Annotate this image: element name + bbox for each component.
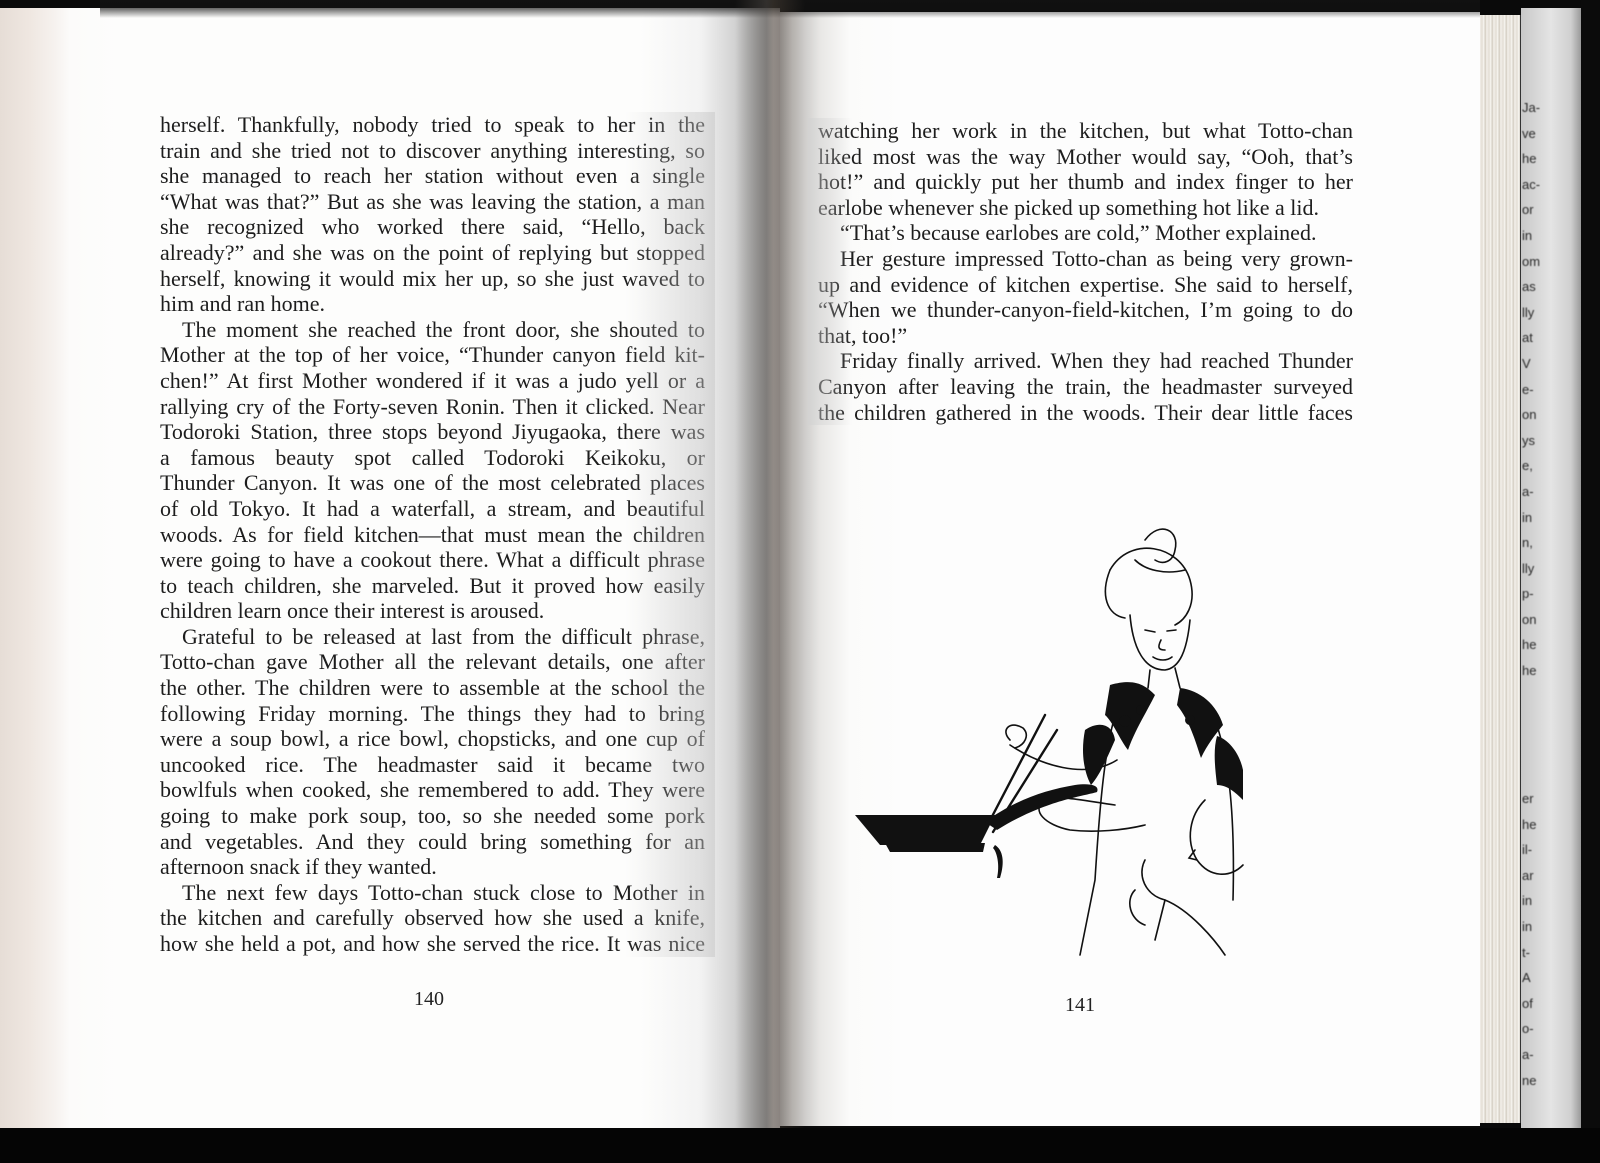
text-line: to teach children, she marveled. But it … — [160, 573, 705, 599]
text-line: were a soup bowl, a rice bowl, chopstick… — [160, 726, 705, 752]
text-line: following Friday morning. The things the… — [160, 701, 705, 727]
bleed-fragment: il- — [1522, 837, 1550, 863]
bleed-fragment: as — [1522, 274, 1550, 300]
text-line: she recognized who worked there said, “H… — [160, 214, 705, 240]
text-line: Mother at the top of her voice, “Thunder… — [160, 342, 705, 368]
paragraph: The moment she reached the front door, s… — [160, 317, 705, 624]
text-line: Thunder Canyon. It was one of the most c… — [160, 470, 705, 496]
bleed-fragment: in — [1522, 223, 1550, 249]
text-line: children learn once their interest is ar… — [160, 598, 705, 624]
text-line: the kitchen and carefully observed how s… — [160, 905, 705, 931]
bleed-fragment: er — [1522, 786, 1550, 812]
text-line: Totto-chan gave Mother all the relevant … — [160, 649, 705, 675]
bleed-fragment: ar — [1522, 863, 1550, 889]
text-line: the other. The children were to assemble… — [160, 675, 705, 701]
text-line: Her gesture impressed Totto-chan as bein… — [818, 246, 1353, 272]
bleed-fragment: he — [1522, 658, 1550, 684]
bleed-fragment — [1522, 735, 1550, 761]
text-line: The moment she reached the front door, s… — [160, 317, 705, 343]
bleed-fragment: in — [1522, 505, 1550, 531]
bleed-fragment: n, — [1522, 530, 1550, 556]
text-line: train and she tried not to discover anyt… — [160, 138, 705, 164]
text-line: going to make pork soup, too, so she nee… — [160, 803, 705, 829]
text-line: herself. Thankfully, nobody tried to spe… — [160, 112, 705, 138]
open-book-spread: Ja-veheac-orinomasllyatVe-onyse,a-inn,ll… — [0, 0, 1600, 1163]
bleed-fragment: he — [1522, 146, 1550, 172]
text-line: Grateful to be released at last from the… — [160, 624, 705, 650]
bleed-fragment: a- — [1522, 479, 1550, 505]
text-line: and vegetables. And they could bring som… — [160, 829, 705, 855]
bleed-fragment: on — [1522, 402, 1550, 428]
bleed-fragment: on — [1522, 607, 1550, 633]
text-line: a famous beauty spot called Todoroki Kei… — [160, 445, 705, 471]
bleed-fragment: in — [1522, 888, 1550, 914]
bleed-fragment: he — [1522, 632, 1550, 658]
bleed-fragment — [1522, 684, 1550, 710]
book-gutter — [735, 0, 805, 1163]
scan-border-bottom — [0, 1128, 1600, 1163]
text-line: Canyon after leaving the train, the head… — [818, 374, 1353, 400]
text-line: afternoon snack if they wanted. — [160, 854, 705, 880]
bleed-fragment: at — [1522, 325, 1550, 351]
mother-cooking-illustration-icon — [845, 500, 1245, 960]
bleed-fragment: a- — [1522, 1042, 1550, 1068]
text-line: the children gathered in the woods. Thei… — [818, 400, 1353, 426]
bleed-fragment: o- — [1522, 1016, 1550, 1042]
text-line: she managed to reach her station without… — [160, 163, 705, 189]
scan-border-right — [1581, 0, 1600, 1163]
bleed-fragment — [1522, 709, 1550, 735]
bleed-fragment: A — [1522, 965, 1550, 991]
text-line: Friday finally arrived. When they had re… — [818, 348, 1353, 374]
bleed-fragment: lly — [1522, 300, 1550, 326]
bleed-fragment: ys — [1522, 428, 1550, 454]
page-edges — [1480, 15, 1521, 1123]
text-line: hot!” and quickly put her thumb and inde… — [818, 169, 1353, 195]
bleed-fragment: V — [1522, 351, 1550, 377]
bleed-fragment: he — [1522, 812, 1550, 838]
bleed-fragment: p- — [1522, 581, 1550, 607]
paragraph: Grateful to be released at last from the… — [160, 624, 705, 880]
right-page-body-text: watching her work in the kitchen, but wh… — [818, 118, 1353, 425]
text-line: bowlfuls when cooked, she remembered to … — [160, 777, 705, 803]
bleed-fragment: in — [1522, 914, 1550, 940]
text-line: how she held a pot, and how she served t… — [160, 931, 705, 957]
text-line: him and ran home. — [160, 291, 705, 317]
text-line: uncooked rice. The headmaster said it be… — [160, 752, 705, 778]
paragraph: herself. Thankfully, nobody tried to spe… — [160, 112, 705, 317]
text-line: The next few days Totto-chan stuck close… — [160, 880, 705, 906]
text-line: up and evidence of kitchen expertise. Sh… — [818, 272, 1353, 298]
text-line: “When we thunder-canyon-field-kitchen, I… — [818, 297, 1353, 323]
text-line: rallying cry of the Forty-seven Ronin. T… — [160, 394, 705, 420]
text-line: liked most was the way Mother would say,… — [818, 144, 1353, 170]
bleed-fragment: om — [1522, 249, 1550, 275]
text-line: Todoroki Station, three stops beyond Jiy… — [160, 419, 705, 445]
bleed-fragment: e, — [1522, 453, 1550, 479]
bleed-fragment: t- — [1522, 940, 1550, 966]
text-line: of old Tokyo. It had a waterfall, a stre… — [160, 496, 705, 522]
bleed-fragment: or — [1522, 197, 1550, 223]
text-line: herself, knowing it would mix her up, so… — [160, 266, 705, 292]
paragraph: watching her work in the kitchen, but wh… — [818, 118, 1353, 220]
bleed-fragment: ac- — [1522, 172, 1550, 198]
text-line: already?” and she was on the point of re… — [160, 240, 705, 266]
text-line: that, too!” — [818, 323, 1353, 349]
paragraph: “That’s because earlobes are cold,” Moth… — [818, 220, 1353, 246]
paragraph: The next few days Totto-chan stuck close… — [160, 880, 705, 957]
text-line: chen!” At first Mother wondered if it wa… — [160, 368, 705, 394]
text-line: earlobe whenever she picked up something… — [818, 195, 1353, 221]
text-line: “That’s because earlobes are cold,” Moth… — [818, 220, 1353, 246]
bleed-fragment: ne — [1522, 1068, 1550, 1094]
bleed-fragment: e- — [1522, 377, 1550, 403]
paragraph: Her gesture impressed Totto-chan as bein… — [818, 246, 1353, 348]
page-number-right: 141 — [1065, 994, 1095, 1017]
bleed-fragment: lly — [1522, 556, 1550, 582]
text-line: “What was that?” But as she was leaving … — [160, 189, 705, 215]
bleed-fragment: of — [1522, 991, 1550, 1017]
page-number-left: 140 — [414, 988, 444, 1011]
text-line: were going to have a cookout there. What… — [160, 547, 705, 573]
text-line: woods. As for field kitchen—that must me… — [160, 522, 705, 548]
text-line: watching her work in the kitchen, but wh… — [818, 118, 1353, 144]
bleed-fragment: ve — [1522, 121, 1550, 147]
bleed-fragment — [1522, 760, 1550, 786]
paragraph: Friday finally arrived. When they had re… — [818, 348, 1353, 425]
bleed-fragment: Ja- — [1522, 95, 1550, 121]
bleed-through-text: Ja-veheac-orinomasllyatVe-onyse,a-inn,ll… — [1522, 95, 1550, 1093]
left-page-body-text: herself. Thankfully, nobody tried to spe… — [160, 112, 705, 957]
